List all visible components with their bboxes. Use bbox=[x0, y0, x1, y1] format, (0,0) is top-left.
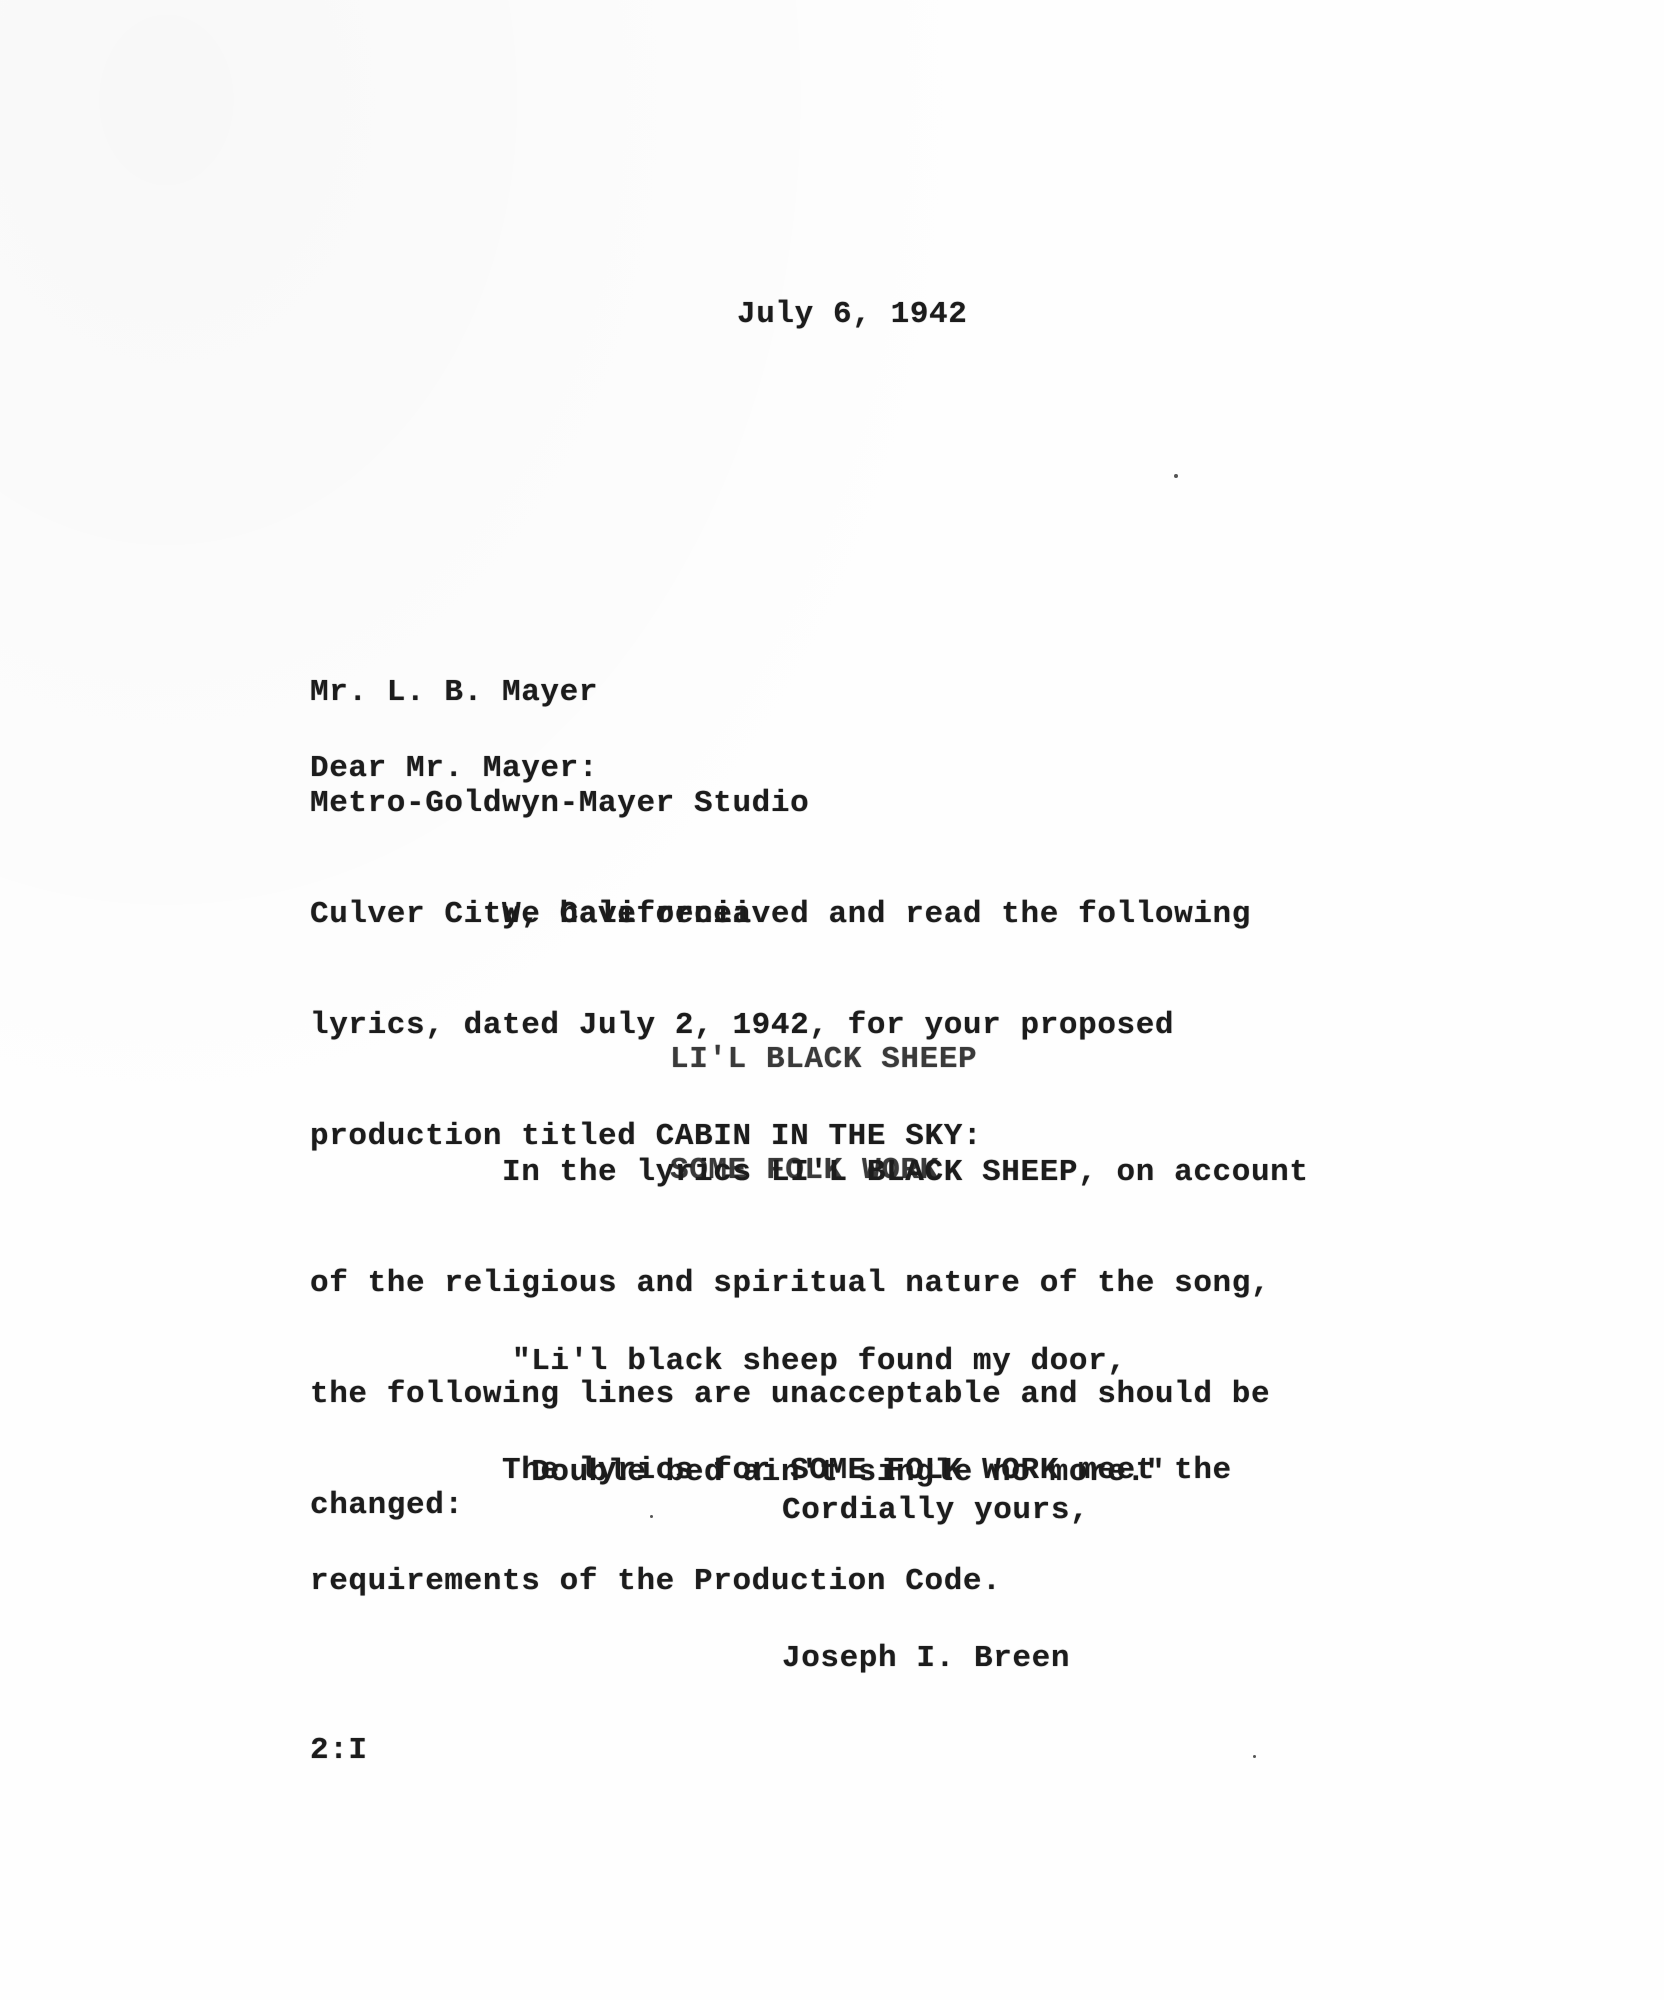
closing: Cordially yours, bbox=[782, 1492, 1089, 1529]
paragraph-line: We have received and read the following bbox=[310, 896, 1251, 933]
letter-page: July 6, 1942 Mr. L. B. Mayer Metro-Goldw… bbox=[0, 0, 1664, 2000]
paper-speck bbox=[1253, 1755, 1256, 1758]
reference-initials: 2:I bbox=[310, 1732, 368, 1769]
paragraph-meets-code: The lyrics for SOME FOLK WORK meet the r… bbox=[310, 1378, 1232, 1674]
paper-speck bbox=[650, 1515, 653, 1518]
salutation: Dear Mr. Mayer: bbox=[310, 750, 598, 787]
signature-name: Joseph I. Breen bbox=[782, 1640, 1070, 1677]
letter-date: July 6, 1942 bbox=[737, 296, 967, 333]
recipient-name: Mr. L. B. Mayer bbox=[310, 674, 809, 711]
paragraph-line: requirements of the Production Code. bbox=[310, 1563, 1232, 1600]
paper-speck bbox=[1174, 474, 1178, 478]
paragraph-line: In the lyrics LI'L BLACK SHEEP, on accou… bbox=[310, 1154, 1309, 1191]
paragraph-line: The lyrics for SOME FOLK WORK meet the bbox=[310, 1452, 1232, 1489]
song-title: LI'L BLACK SHEEP bbox=[670, 1041, 977, 1078]
lyric-line: "Li'l black sheep found my door, bbox=[512, 1343, 1165, 1380]
recipient-company: Metro-Goldwyn-Mayer Studio bbox=[310, 785, 809, 822]
